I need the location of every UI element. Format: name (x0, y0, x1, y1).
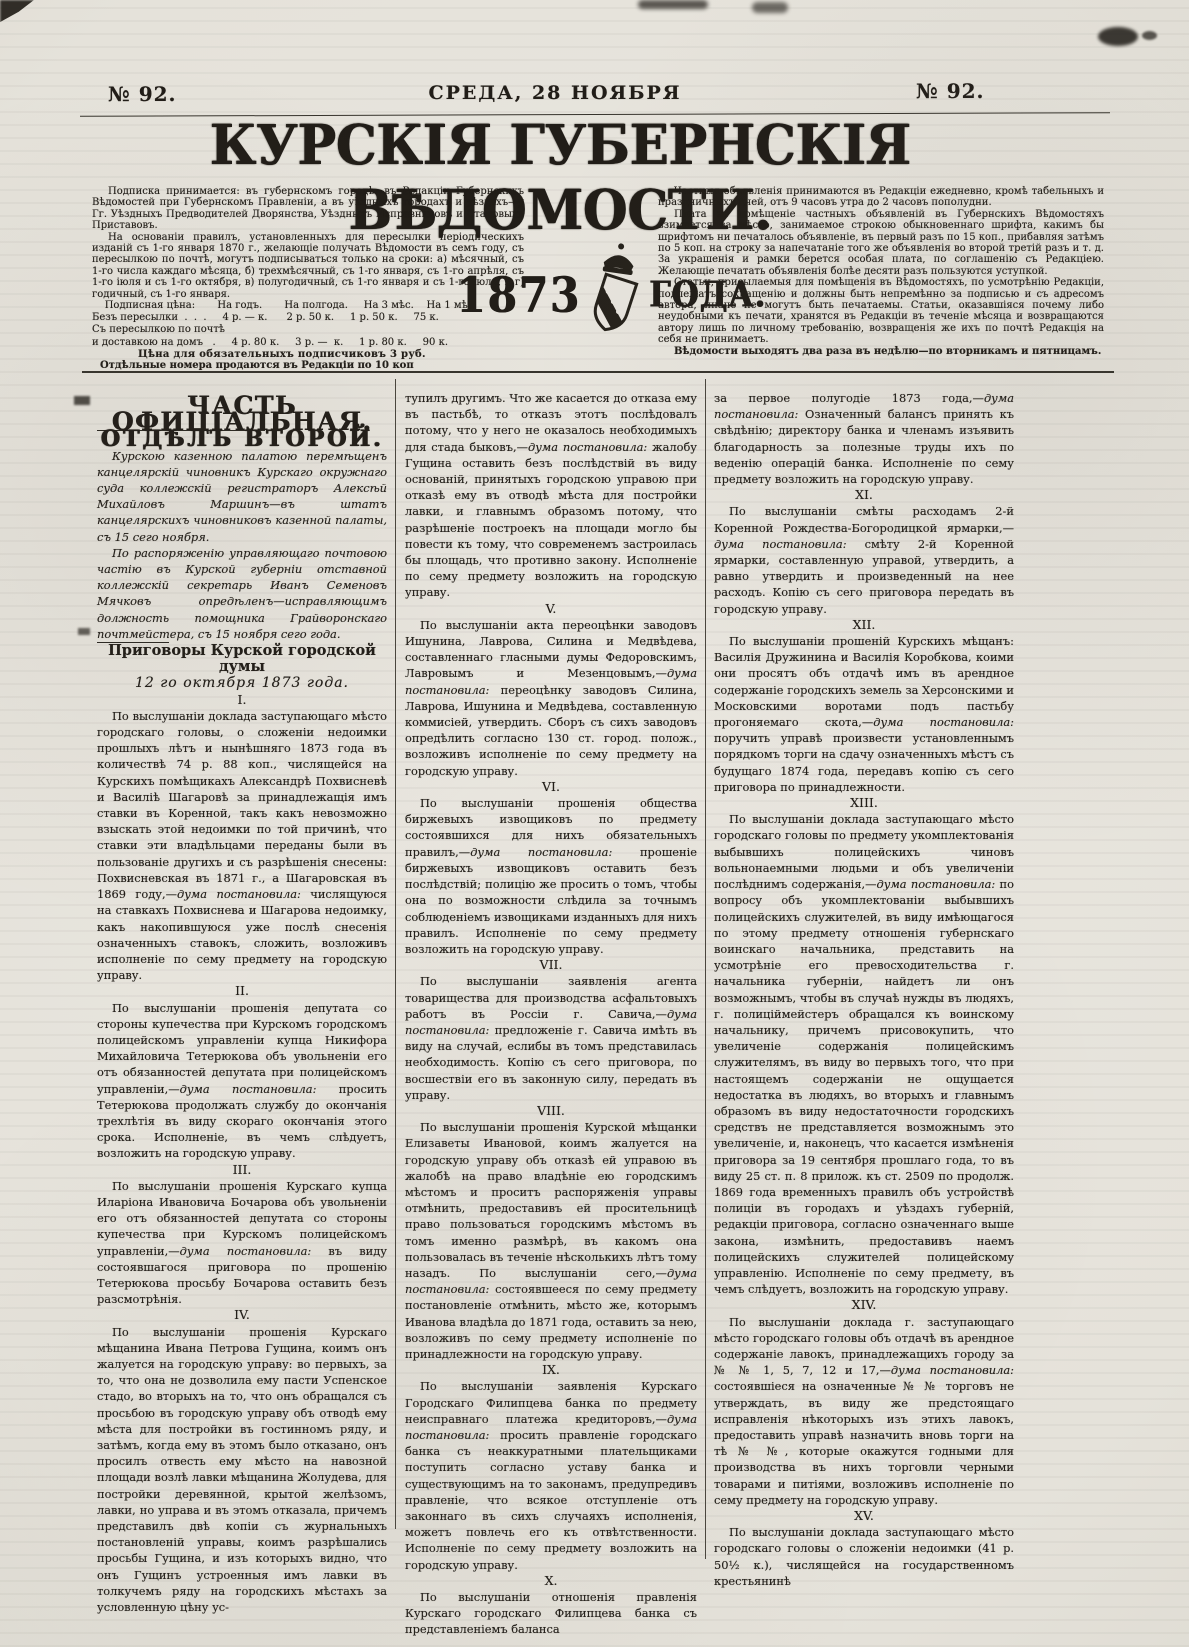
block-roman: VII. (405, 957, 697, 973)
scan-artifact (0, 0, 34, 26)
scan-artifact (1142, 31, 1157, 40)
column-divider-2 (705, 379, 706, 1559)
block-para: По выслушаніи прошеній Курскихъ мѣщанъ: … (714, 633, 1014, 795)
year-label: 1873 (456, 267, 581, 323)
block-mast-note: Цѣна для обязательныхъ подписчиковъ 3 ру… (92, 349, 524, 360)
block-italic-date: 12 го октября 1873 года. (97, 675, 387, 691)
block-mast-para: Подписка принимается: въ губернскомъ гор… (92, 186, 524, 232)
newspaper-page: № 92. СРЕДА, 28 НОЯБРЯ № 92. КУРСКІЯ ГУБ… (0, 0, 1189, 1647)
block-para-noindent: тупилъ другимъ. Что же касается до отказ… (405, 390, 697, 601)
issue-number-right: № 92. (916, 79, 985, 103)
kursk-coat-of-arms-icon (587, 240, 643, 350)
block-roman: VI. (405, 779, 697, 795)
block-roman: XI. (714, 487, 1014, 503)
block-para: По выслушаніи прошенія Курскаго купца Ил… (97, 1178, 387, 1308)
block-roman: XIII. (714, 795, 1014, 811)
block-roman: XV. (714, 1508, 1014, 1524)
body-column-3: за первое полугодіе 1873 года,—дума пост… (714, 390, 1014, 1589)
block-para-italic: По распоряженію управляющаго почтовою ча… (97, 545, 387, 642)
scan-artifact (638, 0, 708, 9)
column-divider-1 (395, 379, 396, 1529)
body-column-2: тупилъ другимъ. Что же касается до отказ… (405, 390, 697, 1638)
block-para: По выслушаніи отношенія правленія Курска… (405, 1589, 697, 1638)
block-bold-heading: Приговоры Курской городской думы (97, 643, 387, 675)
block-roman: XII. (714, 617, 1014, 633)
block-para: По выслушаніи доклада заступающаго мѣсто… (714, 1524, 1014, 1589)
block-para: По выслушаніи заявленія агента товарищес… (405, 973, 697, 1103)
block-roman: XIV. (714, 1297, 1014, 1313)
block-roman: II. (97, 983, 387, 999)
scan-artifact (74, 396, 90, 405)
block-para: По выслушаніи акта переоцѣнки заводовъ И… (405, 617, 697, 779)
block-para: По выслушаніи доклада заступающаго мѣсто… (714, 811, 1014, 1297)
block-para-noindent: за первое полугодіе 1873 года,—дума пост… (714, 390, 1014, 487)
scan-artifact (1098, 27, 1138, 46)
year-suffix-label: ГОДА. (649, 274, 766, 315)
block-roman: X. (405, 1573, 697, 1589)
block-roman: VIII. (405, 1103, 697, 1119)
block-roman: IV. (97, 1307, 387, 1323)
block-roman: I. (97, 692, 387, 708)
block-roman: V. (405, 601, 697, 617)
block-mast-para: Частныя объявленія принимаются въ Редакц… (658, 186, 1104, 209)
block-para: По выслушаніи прошенія общества биржевых… (405, 795, 697, 957)
body-column-1: ЧАСТЬ ОФИЦІАЛЬНАЯ.ОТДѢЛЪ ВТОРОЙ.Курскою … (97, 398, 387, 1615)
block-para: По выслушаніи доклада г. заступающаго мѣ… (714, 1314, 1014, 1508)
scan-artifact (78, 628, 90, 635)
block-mast-last: Отдѣльные номера продаются въ Редакціи п… (92, 360, 524, 371)
crown-icon (602, 241, 636, 275)
block-para: По выслушаніи прошенія депутата со сторо… (97, 1000, 387, 1162)
scan-artifact (752, 2, 788, 13)
block-para: По выслушаніи прошенія Курской мѣщанки Е… (405, 1119, 697, 1362)
masthead-bottom-rule (82, 371, 1114, 373)
year-emblem: 1873 (456, 240, 766, 350)
block-roman: IX. (405, 1362, 697, 1378)
block-para-italic: Курскою казенною палатою перемѣщенъ канц… (97, 448, 387, 545)
block-para: По выслушаніи прошенія Курскаго мѣщанина… (97, 1324, 387, 1616)
block-para: По выслушаніи смѣты расходамъ 2-й Коренн… (714, 503, 1014, 616)
block-slab-heading: ОТДѢЛЪ ВТОРОЙ. (97, 431, 387, 447)
block-para: По выслушаніи доклада заступающаго мѣсто… (97, 708, 387, 983)
block-roman: III. (97, 1162, 387, 1178)
block-para: По выслушаніи заявленія Курскаго Городск… (405, 1378, 697, 1572)
